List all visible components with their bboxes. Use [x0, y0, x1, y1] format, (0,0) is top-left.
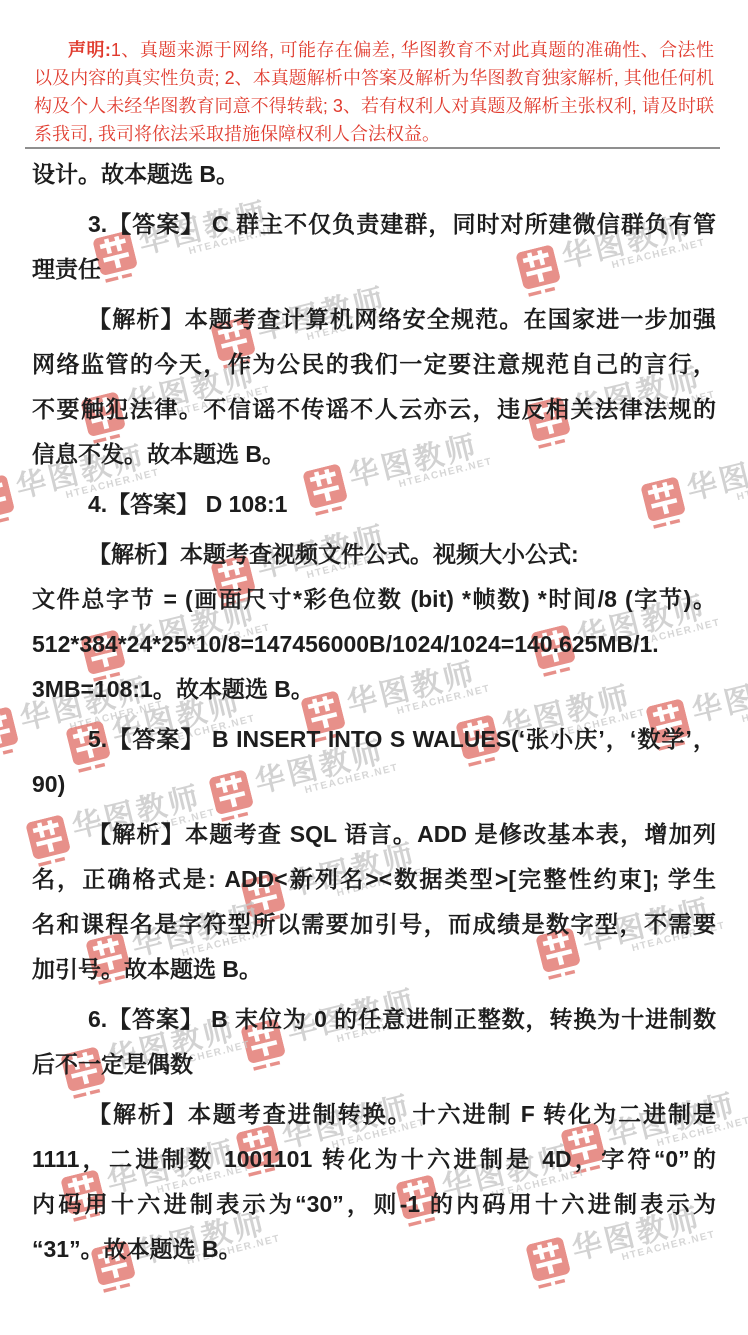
text-line: 【解析】本题考查 SQL 语言。ADD 是修改基本表，增加列	[32, 812, 716, 857]
text-line: 90)	[32, 762, 716, 807]
text-line: 设计。故本题选 B。	[32, 152, 716, 197]
text-line: 3MB=108:1。故本题选 B。	[32, 667, 716, 712]
text-line: 512*384*24*25*10/8=147456000B/1024/1024=…	[32, 622, 716, 667]
text-line: 网络监管的今天，作为公民的我们一定要注意规范自己的言行，	[32, 342, 716, 387]
text-line: 文件总字节 = (画面尺寸*彩色位数 (bit) *帧数) *时间/8 (字节)…	[32, 577, 716, 622]
answer-explanations: 设计。故本题选 B。3.【答案】 C 群主不仅负责建群，同时对所建微信群负有管理…	[32, 152, 716, 1272]
text-line: 后不一定是偶数	[32, 1042, 716, 1087]
text-line: 1111，二进制数 1001101 转化为十六进制是 4D，字符“0”的	[32, 1137, 716, 1182]
divider-line	[25, 147, 720, 149]
huatu-logo-icon	[0, 706, 21, 761]
disclaimer-label: 声明:	[68, 40, 111, 60]
text-line: 加引号。故本题选 B。	[32, 947, 716, 992]
text-line: 【解析】本题考查计算机网络安全规范。在国家进一步加强	[32, 297, 716, 342]
disclaimer-text: 1、真题来源于网络, 可能存在偏差, 华图教育不对此真题的准确性、合法性以及内容…	[34, 40, 714, 144]
disclaimer: 声明:1、真题来源于网络, 可能存在偏差, 华图教育不对此真题的准确性、合法性以…	[34, 36, 714, 148]
text-line: 4.【答案】 D 108:1	[32, 482, 716, 527]
text-line: 3.【答案】 C 群主不仅负责建群，同时对所建微信群负有管	[32, 202, 716, 247]
text-line: 【解析】本题考查视频文件公式。视频大小公式:	[32, 532, 716, 577]
text-line: 理责任	[32, 247, 716, 292]
text-line: 信息不发。故本题选 B。	[32, 432, 716, 477]
text-line: 【解析】本题考查进制转换。十六进制 F 转化为二进制是	[32, 1092, 716, 1137]
text-line: “31”。故本题选 B。	[32, 1227, 716, 1272]
document-page: 华图教师 HTEACHER.NET 华图教师 HTEACHER.NET	[0, 0, 748, 1335]
text-line: 不要触犯法律。不信谣不传谣不人云亦云，违反相关法律法规的	[32, 387, 716, 432]
text-line: 5.【答案】 B INSERT INTO S WALUES(‘张小庆’，‘数学’…	[32, 717, 716, 762]
text-line: 名，正确格式是: ADD<新列名><数据类型>[完整性约束]; 学生	[32, 857, 716, 902]
text-line: 名和课程名是字符型所以需要加引号，而成绩是数字型，不需要	[32, 902, 716, 947]
text-line: 内码用十六进制表示为“30”，则-1 的内码用十六进制表示为	[32, 1182, 716, 1227]
text-line: 6.【答案】 B 末位为 0 的任意进制正整数，转换为十进制数	[32, 997, 716, 1042]
